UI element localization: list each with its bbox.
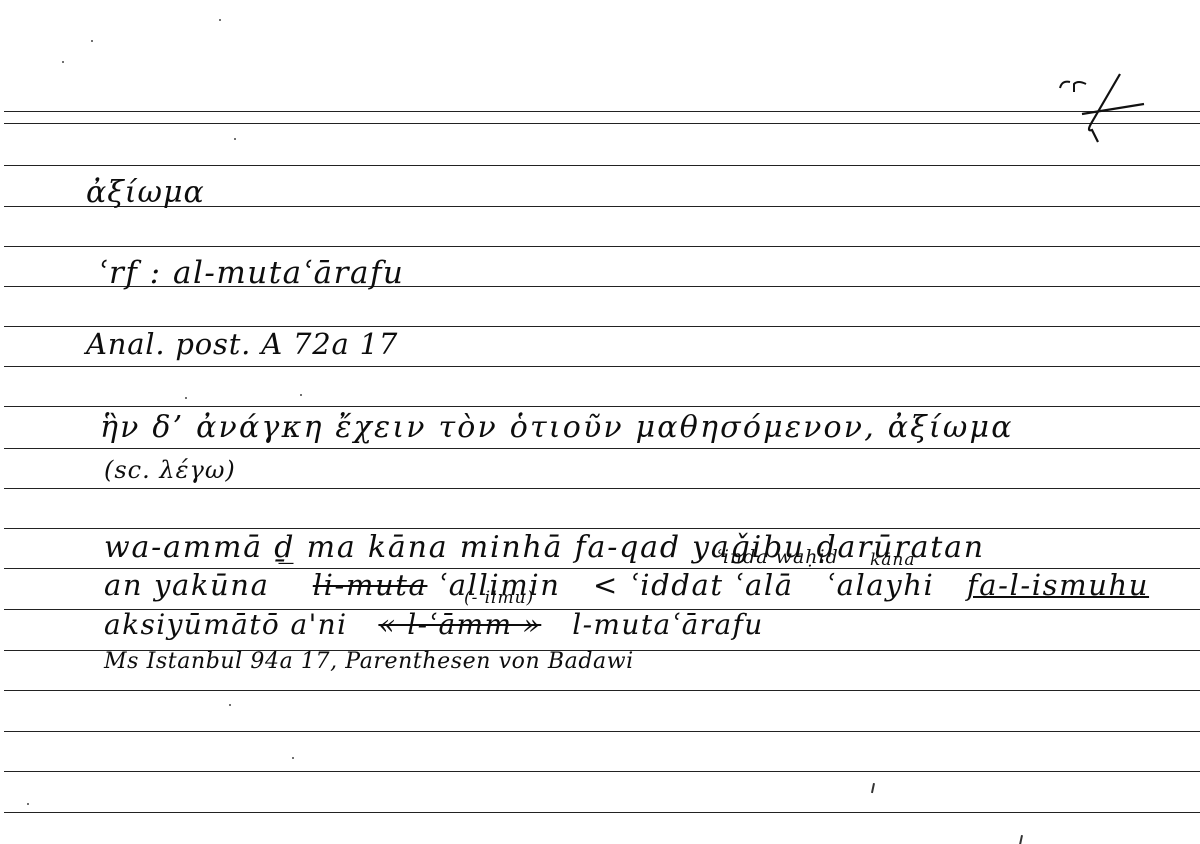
- arabic-root-line: ʿrf : al-mutaʿārafu: [98, 258, 404, 289]
- ruled-line: [4, 448, 1200, 449]
- stray-mark: [1019, 835, 1023, 844]
- struck-out-text: li-muta: [313, 568, 428, 602]
- ruled-line: [4, 366, 1200, 367]
- ruled-line: [4, 111, 1200, 112]
- arabic-translation-line-2: an yakūna li-muta ʿallimin < ʿiddat ʿalā…: [104, 571, 1149, 600]
- text-segment: ʿalayhi: [826, 568, 934, 602]
- ruled-line: [4, 488, 1200, 489]
- bracketed-text: < ʿiddat ʿalā: [593, 568, 794, 602]
- ruled-line: [4, 690, 1200, 691]
- interlinear-insertion: ʿinda waḥid: [716, 548, 839, 567]
- stray-mark: [871, 783, 875, 793]
- greek-note: (sc. λέγω): [104, 458, 236, 482]
- bracketed-text: « l-ʿāmm »: [378, 608, 541, 641]
- scan-speck: [27, 803, 29, 805]
- text-segment: an yakūna: [104, 568, 269, 602]
- greek-quotation: ἣν δ’ ἀνάγκη ἔχειν τὸν ὁτιοῦν μαθησόμενο…: [100, 413, 1014, 443]
- arabic-translation-line-3: aksiyūmātō a'ni « l-ʿāmm » l-mutaʿārafu: [104, 611, 764, 639]
- headword-greek: ἀξίωμα: [86, 178, 205, 208]
- scan-speck: [91, 40, 93, 42]
- ruled-paper-sheet: ἀξίωμα ʿrf : al-mutaʿārafu Anal. post. A…: [0, 0, 1200, 844]
- crossed-root-mark-icon: [1052, 70, 1152, 150]
- ruled-line: [4, 246, 1200, 247]
- scan-speck: [185, 397, 187, 399]
- text-segment: aksiyūmātō a'ni: [104, 608, 347, 641]
- ruled-line: [4, 123, 1200, 124]
- ruled-line: [4, 406, 1200, 407]
- scan-speck: [234, 138, 236, 140]
- source-reference: Anal. post. A 72a 17: [86, 330, 398, 359]
- arabic-translation-line-1: wa-ammā ḏ̲ ma kāna minhā fa-qad yaǧibu ḍ…: [104, 533, 985, 563]
- manuscript-note: Ms Istanbul 94a 17, Parenthesen von Bada…: [104, 651, 634, 673]
- ruled-line: [4, 812, 1200, 813]
- ruled-line: [4, 165, 1200, 166]
- ruled-line: [4, 731, 1200, 732]
- text-segment: l-mutaʿārafu: [572, 608, 764, 641]
- scan-speck: [292, 757, 294, 759]
- scan-speck: [219, 19, 221, 21]
- scan-speck: [62, 61, 64, 63]
- interlinear-insertion: kāna: [870, 552, 916, 569]
- ruled-line: [4, 771, 1200, 772]
- scan-speck: [300, 394, 302, 396]
- struck-out-text: fa-l-ismuhu: [967, 568, 1149, 602]
- scan-speck: [229, 704, 231, 706]
- interlinear-insertion: (-ʿilmu): [464, 590, 534, 607]
